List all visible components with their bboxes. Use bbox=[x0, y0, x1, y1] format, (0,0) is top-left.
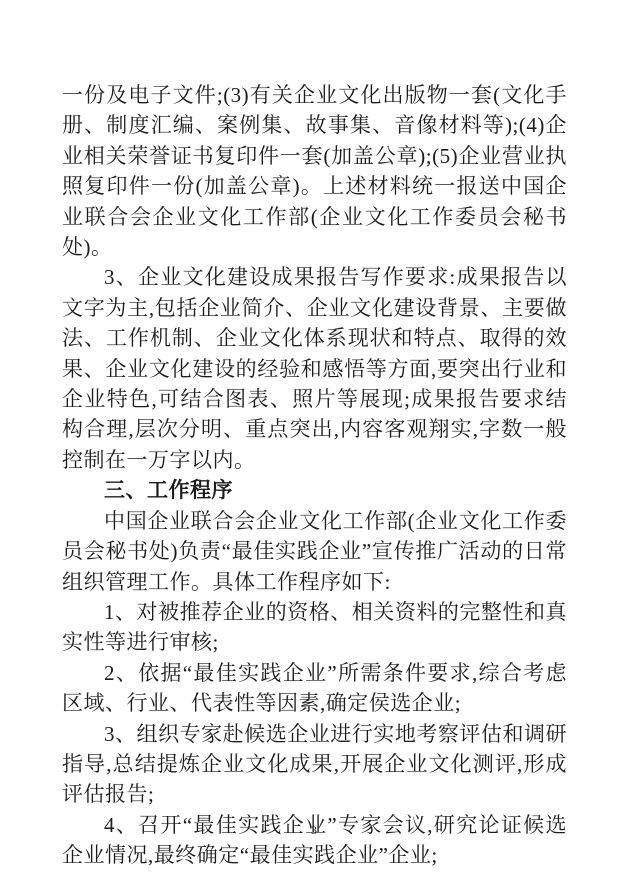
paragraph-step-2: 2、依据“最佳实践企业”所需条件要求,综合考虑区域、行业、代表性等因素,确定侯选… bbox=[62, 658, 567, 719]
paragraph-step-1: 1、对被推荐企业的资格、相关资料的完整性和真实性等进行审核; bbox=[62, 597, 567, 658]
paragraph-procedure-intro: 中国企业联合会企业文化工作部(企业文化工作委员会秘书处)负责“最佳实践企业”宣传… bbox=[62, 506, 567, 597]
paragraph-step-3: 3、组织专家赴候选企业进行实地考察评估和调研指导,总结提炼企业文化成果,开展企业… bbox=[62, 719, 567, 810]
page-number: 3 bbox=[0, 823, 628, 838]
section-heading-work-procedure: 三、工作程序 bbox=[62, 475, 567, 505]
paragraph-step-4: 4、召开“最佳实践企业”专家会议,研究论证候选企业情况,最终确定“最佳实践企业”… bbox=[62, 810, 567, 871]
paragraph-materials-list: 一份及电子文件;(3)有关企业文化出版物一套(文化手册、制度汇编、案例集、故事集… bbox=[62, 80, 567, 262]
paragraph-report-requirements: 3、企业文化建设成果报告写作要求:成果报告以文字为主,包括企业简介、企业文化建设… bbox=[62, 262, 567, 475]
document-page: 一份及电子文件;(3)有关企业文化出版物一套(文化手册、制度汇编、案例集、故事集… bbox=[0, 0, 628, 891]
document-body: 一份及电子文件;(3)有关企业文化出版物一套(文化手册、制度汇编、案例集、故事集… bbox=[62, 80, 567, 871]
